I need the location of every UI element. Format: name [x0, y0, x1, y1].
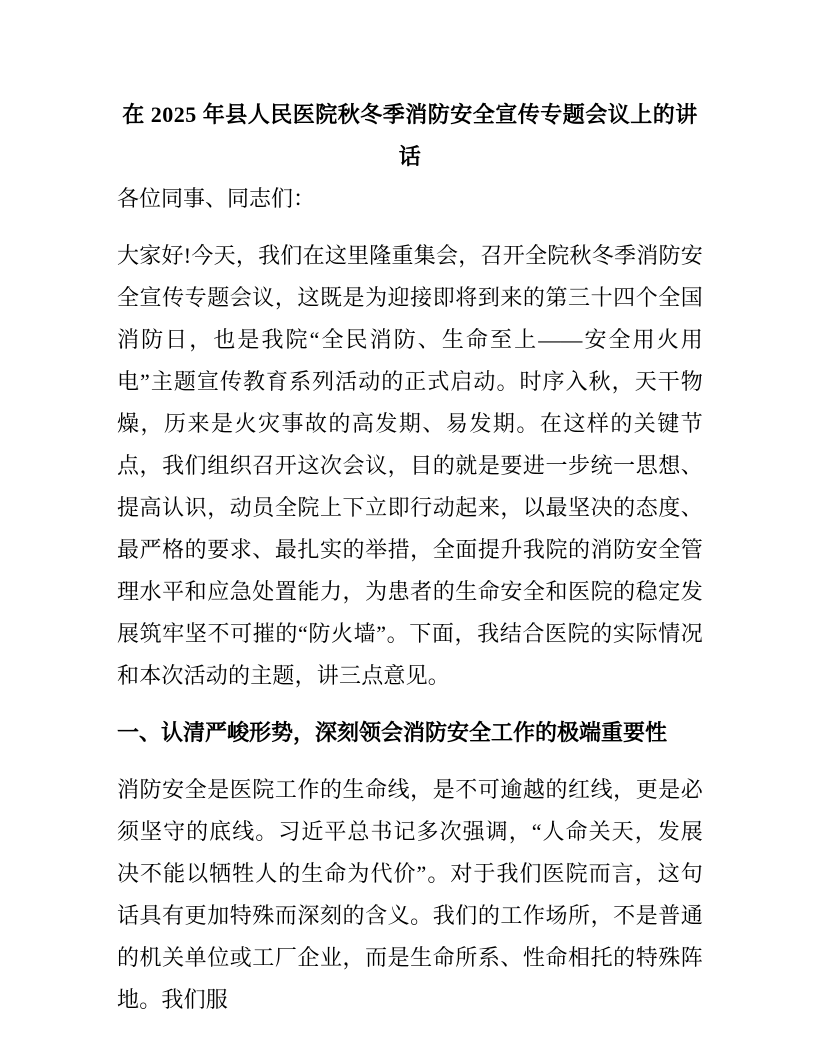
paragraph-section-1: 消防安全是医院工作的生命线，是不可逾越的红线，更是必须坚守的底线。习近平总书记多… [117, 769, 703, 1021]
section-heading-1: 一、认清严峻形势，深刻领会消防安全工作的极端重要性 [117, 712, 703, 754]
paragraph-opening: 大家好!今天，我们在这里隆重集会，召开全院秋冬季消防安全宣传专题会议，这既是为迎… [117, 235, 703, 697]
document-title: 在 2025 年县人民医院秋冬季消防安全宣传专题会议上的讲话 [117, 94, 703, 178]
salutation-line: 各位同事、同志们： [117, 178, 703, 220]
document-content: 在 2025 年县人民医院秋冬季消防安全宣传专题会议上的讲话 各位同事、同志们：… [117, 94, 703, 1021]
document-page: 在 2025 年县人民医院秋冬季消防安全宣传专题会议上的讲话 各位同事、同志们：… [0, 0, 816, 1056]
